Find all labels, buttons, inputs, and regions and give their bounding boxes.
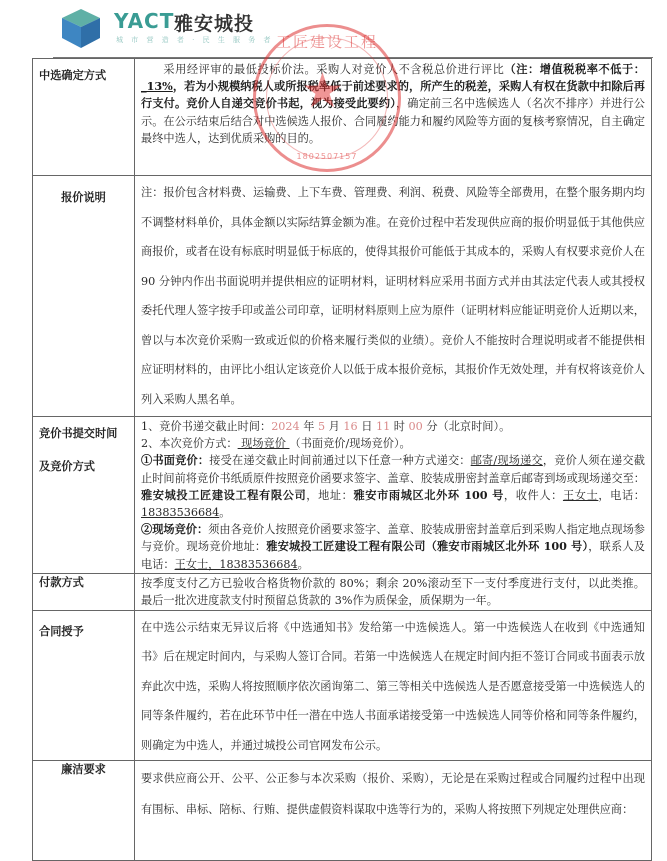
phone-number: 18383536684: [141, 506, 219, 519]
row-content-integrity: 要求供应商公开、公平、公正参与本次采购（报价、采购），无论是在采购过程或合同履约…: [135, 761, 652, 861]
deadline-year: 2024: [271, 420, 299, 433]
deadline-line: 1、竞价书递交截止时间：2024 年 5 月 16 日 11 时 00 分（北京…: [141, 418, 645, 435]
bidding-method-line: 2、本次竞价方式： 现场竞价 （书面竞价/现场竞价）。: [141, 435, 645, 452]
row-label: 中选确定方式: [33, 59, 135, 176]
deadline-day: 16: [343, 420, 357, 433]
logo-cn: 雅安城投: [174, 9, 254, 36]
logo-cube-icon: [60, 7, 102, 49]
row-content-contract-award: 在中选公示结束无异议后将《中选通知书》发给第一中选候选人。第一中选候选人在收到《…: [135, 610, 652, 761]
row-content-payment: 按季度支付乙方已验收合格货物价款的 80%；剩余 20%滚动至下一支付季度进行支…: [135, 573, 652, 610]
row-content-quote-notes: 注：报价包含材料费、运输费、上下车费、管理费、利润、税费、风险等全部费用，在整个…: [135, 176, 652, 417]
table-row: 廉洁要求 要求供应商公开、公平、公正参与本次采购（报价、采购），无论是在采购过程…: [33, 761, 652, 861]
row-content-submission: 1、竞价书递交截止时间：2024 年 5 月 16 日 11 时 00 分（北京…: [135, 417, 652, 574]
table-row: 合同授予 在中选公示结束无异议后将《中选通知书》发给第一中选候选人。第一中选候选…: [33, 610, 652, 761]
logo-en: YACT: [114, 9, 174, 33]
row-label: 付款方式: [33, 573, 135, 610]
table-row: 付款方式 按季度支付乙方已验收合格货物价款的 80%；剩余 20%滚动至下一支付…: [33, 573, 652, 610]
procurement-terms-table: 中选确定方式 采用经评审的最低投标价法。采购人对竞价人不含税总价进行评比（注：增…: [32, 58, 652, 861]
deadline-hour: 11: [376, 420, 390, 433]
letterhead: YACT 雅安城投 城 市 营 造 者 · 民 生 服 务 者: [0, 0, 667, 52]
row-label: 报价说明: [33, 176, 135, 417]
table-row: 中选确定方式 采用经评审的最低投标价法。采购人对竞价人不含税总价进行评比（注：增…: [33, 59, 652, 176]
row-label: 廉洁要求: [33, 761, 135, 861]
table-row: 竞价书提交时间及竞价方式 1、竞价书递交截止时间：2024 年 5 月 16 日…: [33, 417, 652, 574]
deadline-minute: 00: [409, 420, 423, 433]
tax-rate: _13%: [141, 79, 173, 93]
table-row: 报价说明 注：报价包含材料费、运输费、上下车费、管理费、利润、税费、风险等全部费…: [33, 176, 652, 417]
written-bid-paragraph: ①书面竞价：接受在递交截止时间前通过以下任意一种方式递交：邮寄/现场递交，竞价人…: [141, 452, 645, 521]
onsite-bid-paragraph: ②现场竞价：须由各竞价人按照竞价函要求签字、盖章、胶装成册密封盖章后到采购人指定…: [141, 521, 645, 573]
row-label: 合同授予: [33, 610, 135, 761]
logo-slogan: 城 市 营 造 者 · 民 生 服 务 者: [116, 35, 273, 45]
row-content-selection-method: 采用经评审的最低投标价法。采购人对竞价人不含税总价进行评比（注：增值税税率不低于…: [135, 59, 652, 176]
row-label: 竞价书提交时间及竞价方式: [33, 417, 135, 574]
